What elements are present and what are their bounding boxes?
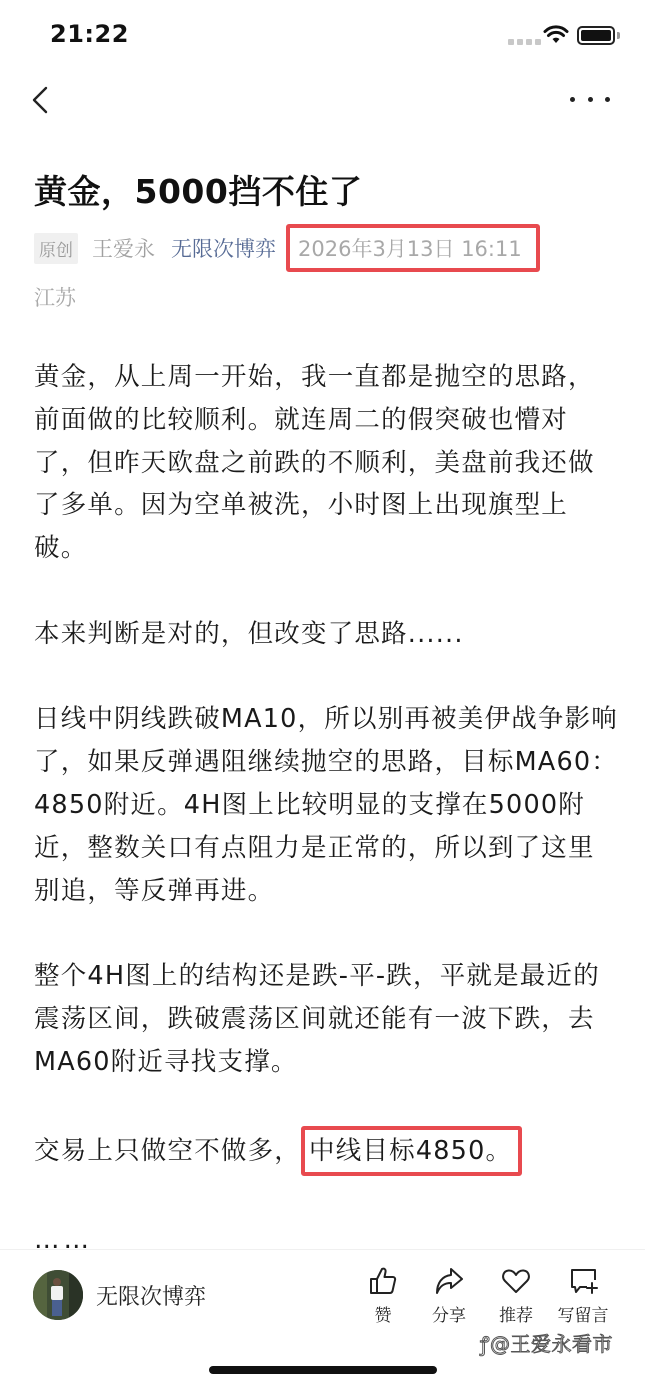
article-body: 黄金，从上周一开始，我一直都是抛空的思路，前面做的比较顺利。就连周二的假突破也懵… (34, 356, 619, 1305)
target-text: 中线目标4850。 (309, 1136, 512, 1166)
home-indicator[interactable] (209, 1366, 437, 1374)
recommend-button[interactable]: 推荐 (483, 1265, 549, 1326)
divider (0, 1249, 645, 1250)
comment-add-icon (567, 1265, 599, 1297)
thumbs-up-icon (367, 1265, 399, 1297)
battery-cap (617, 32, 620, 39)
watermark-logo-icon: ꝭ (480, 1332, 490, 1356)
paragraph: 本来判断是对的，但改变了思路...... (34, 613, 619, 656)
account-link[interactable]: 无限次博弈 (171, 233, 276, 263)
comment-button[interactable]: 写留言 (550, 1265, 616, 1326)
heart-icon (500, 1265, 532, 1297)
share-button[interactable]: 分享 (416, 1265, 482, 1326)
original-tag: 原创 (34, 233, 78, 264)
more-horizontal-icon[interactable] (570, 86, 610, 112)
article-meta: 原创 王爱永 无限次博弈 2026年3月13日 16:11 (34, 230, 540, 266)
article-page: 21:22 黄金，5000挡不住了 原创 王爱永 无限次博弈 2026年3月13… (0, 0, 645, 1383)
watermark: ꝭ@王爱永看市 (480, 1328, 613, 1357)
battery-icon (577, 26, 615, 45)
comment-label: 写留言 (558, 1301, 609, 1326)
article-title: 黄金，5000挡不住了 (34, 166, 362, 213)
cellular-signal-icon (508, 39, 541, 45)
share-label: 分享 (432, 1301, 466, 1326)
status-bar: 21:22 (0, 0, 645, 70)
recommend-label: 推荐 (499, 1301, 533, 1326)
chevron-left-icon[interactable] (26, 82, 56, 118)
conclusion-text: 交易上只做空不做多， (34, 1136, 301, 1166)
ellipsis: …… (34, 1219, 619, 1262)
share-icon (433, 1265, 465, 1297)
publish-datetime: 2026年3月13日 16:11 (298, 233, 522, 263)
target-highlight-box: 中线目标4850。 (301, 1126, 522, 1176)
date-highlight-box: 2026年3月13日 16:11 (286, 224, 540, 272)
status-time: 21:22 (50, 20, 129, 48)
like-button[interactable]: 赞 (350, 1265, 416, 1326)
watermark-text: @王爱永看市 (490, 1332, 613, 1356)
location: 江苏 (34, 282, 76, 312)
paragraph-conclusion: 交易上只做空不做多，中线目标4850。 (34, 1126, 619, 1176)
paragraph: 整个4H图上的结构还是跌-平-跌，平就是最近的震荡区间，跌破震荡区间就还能有一波… (34, 955, 619, 1083)
action-bar: 赞 分享 推荐 写留言 (0, 1265, 645, 1329)
paragraph: 黄金，从上周一开始，我一直都是抛空的思路，前面做的比较顺利。就连周二的假突破也懵… (34, 356, 619, 570)
paragraph: 日线中阴线跌破MA10，所以别再被美伊战争影响了，如果反弹遇阻继续抛空的思路，目… (34, 698, 619, 912)
like-label: 赞 (375, 1301, 392, 1326)
author-name: 王爱永 (92, 233, 155, 263)
wifi-icon (543, 25, 569, 45)
